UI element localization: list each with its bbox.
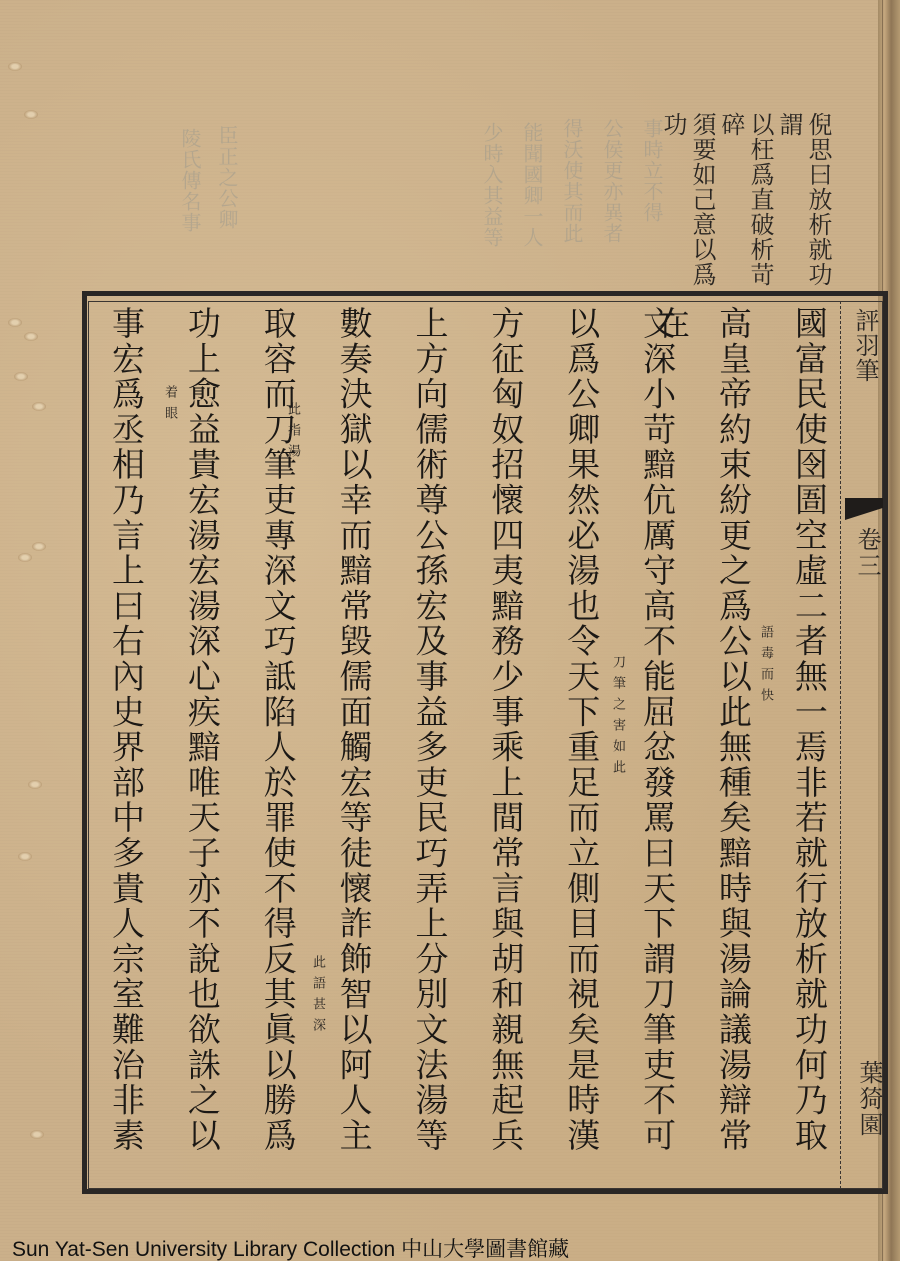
text-column: 事宏爲丞相乃言上曰右內史界部中多貴人宗室難治非素 bbox=[95, 306, 157, 1186]
wormhole bbox=[14, 372, 28, 381]
wormhole bbox=[28, 780, 42, 789]
credit-chinese: 中山大學圖書館藏 bbox=[401, 1237, 569, 1261]
text-column: 功上愈益貴宏湯宏湯深心疾黯唯天子亦不說也欲誅之以 bbox=[171, 306, 233, 1186]
wormhole bbox=[18, 852, 32, 861]
library-credit: Sun Yat-Sen University Library Collectio… bbox=[12, 1233, 569, 1261]
text-column: 高皇帝約束紛更之爲公以此無種矣黯時與湯論議湯辯常在 bbox=[702, 306, 764, 1186]
interlinear-gloss: 語毒而快 bbox=[758, 625, 772, 709]
interlinear-gloss: 此語甚深 bbox=[310, 955, 324, 1039]
wormhole bbox=[18, 553, 32, 562]
text-column: 上方向儒術尊公孫宏及事益多吏民巧弄上分別文法湯等 bbox=[399, 306, 461, 1186]
block-heart-column bbox=[840, 301, 884, 1189]
margin-note-column: 倪思曰放析就功謂 bbox=[774, 112, 832, 292]
text-column: 以爲公卿果然必湯也令天下重足而立側目而視矣是時漢 bbox=[550, 306, 612, 1186]
show-through-text: 能聞國卿一人 bbox=[520, 122, 543, 292]
show-through-text: 公侯更亦異者 bbox=[600, 118, 623, 288]
show-through-text: 少時入其益等 bbox=[480, 122, 503, 292]
show-through-text: 得沃使其而此 bbox=[560, 118, 583, 288]
main-text-body: 國富民使囹圄空虛二者無一焉非若就行放析就功何乃取 高皇帝約束紛更之爲公以此無種矣… bbox=[95, 306, 840, 1186]
margin-note-column: 須要如己意以爲功 bbox=[658, 112, 716, 292]
wormhole bbox=[30, 1130, 44, 1139]
wormhole bbox=[32, 402, 46, 411]
juan-number: 卷三 bbox=[850, 527, 885, 579]
text-column: 國富民使囹圄空虛二者無一焉非若就行放析就功何乃取 bbox=[778, 306, 840, 1186]
show-through-text: 陵氏傳名事 bbox=[178, 128, 201, 268]
interlinear-gloss: 刀筆之害如此 bbox=[610, 655, 624, 781]
margin-note-column: 以枉爲直破析苛碎 bbox=[716, 112, 774, 292]
text-column: 文深小苛黯伉厲守高不能屈忿發罵曰天下謂刀筆吏不可 bbox=[626, 306, 688, 1186]
block-heart-title: 評羽筆 bbox=[848, 308, 883, 383]
interlinear-gloss: 此指湯 bbox=[285, 402, 299, 465]
wormhole bbox=[8, 62, 22, 71]
marginal-commentary: 倪思曰放析就功謂 以枉爲直破析苛碎 須要如己意以爲功 bbox=[658, 112, 832, 292]
show-through-text: 臣正之公卿 bbox=[215, 125, 238, 265]
text-column: 方征匈奴招懷四夷黯務少事乘上間常言與胡和親無起兵 bbox=[474, 306, 536, 1186]
credit-english: Sun Yat-Sen University Library Collectio… bbox=[12, 1238, 395, 1261]
wormhole bbox=[24, 110, 38, 119]
wormhole bbox=[8, 318, 22, 327]
interlinear-gloss: 着眼 bbox=[162, 385, 176, 427]
wormhole bbox=[32, 542, 46, 551]
publisher-name: 葉猗園 bbox=[852, 1060, 887, 1138]
text-column: 數奏決獄以幸而黯常毀儒面觸宏等徒懷詐飾智以阿人主 bbox=[323, 306, 385, 1186]
wormhole bbox=[24, 332, 38, 341]
